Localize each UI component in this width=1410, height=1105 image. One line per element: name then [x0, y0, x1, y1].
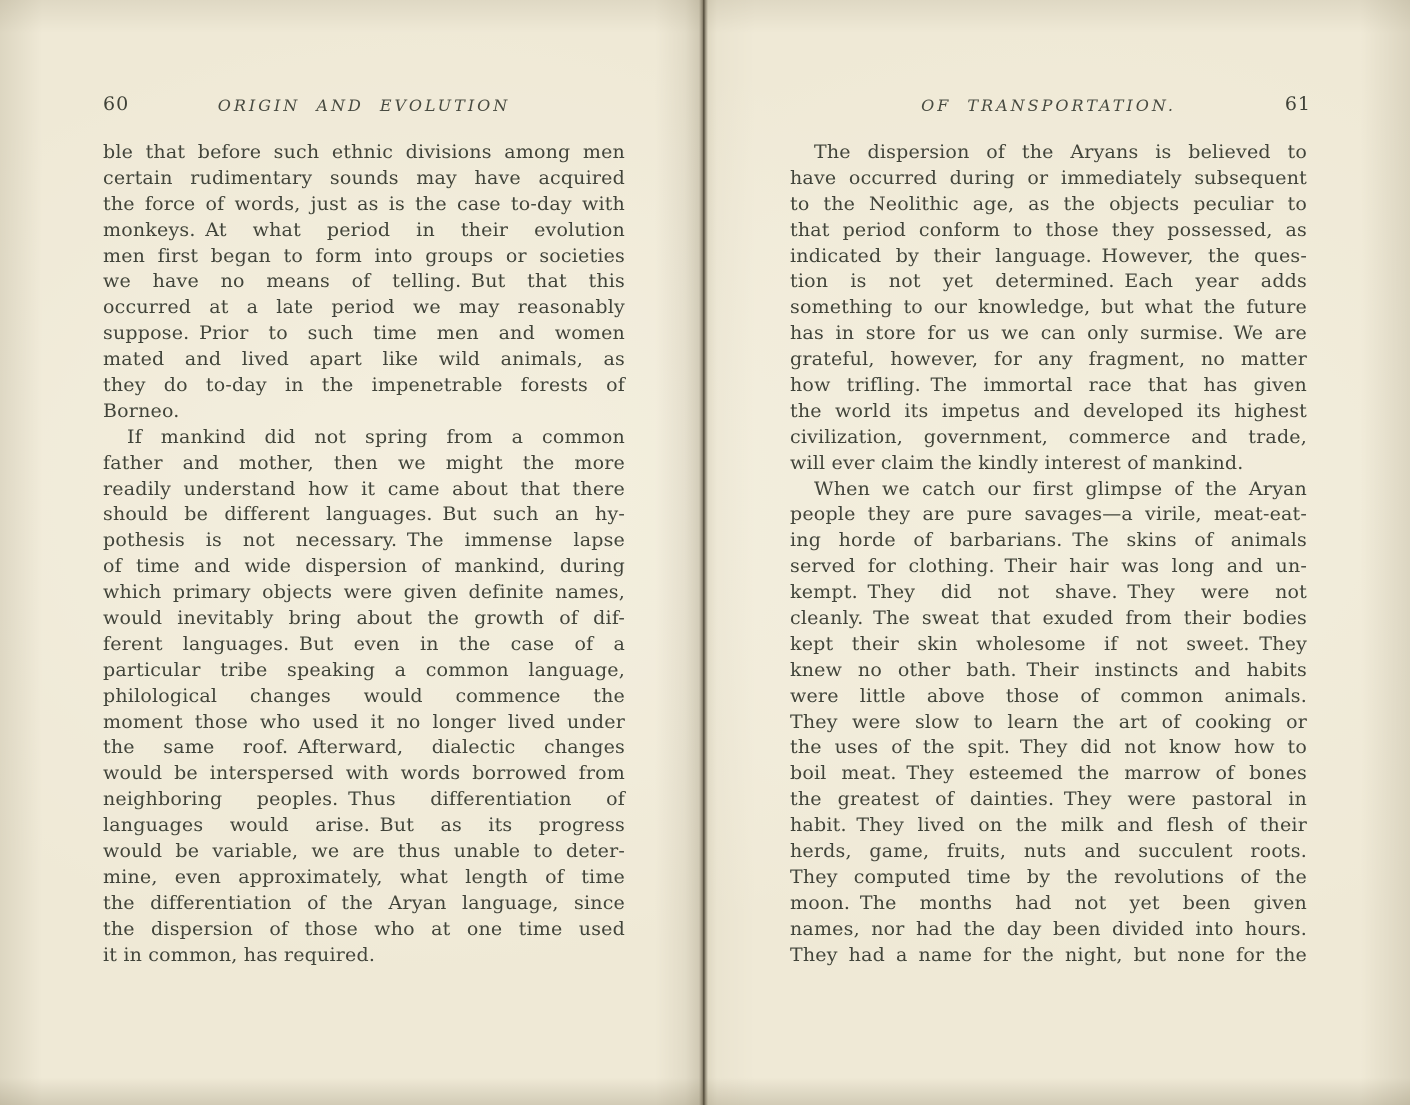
text-line: the differentiation of the Aryan languag… [103, 891, 625, 917]
text-line: particular tribe speaking a common langu… [103, 658, 625, 684]
text-line: herds, game, fruits, nuts and succulent … [790, 839, 1307, 865]
text-line: mated and lived apart like wild animals,… [103, 347, 625, 373]
text-line: They computed time by the revolutions of… [790, 865, 1307, 891]
text-line: They were slow to learn the art of cooki… [790, 710, 1307, 736]
text-line: ing horde of barbarians. The skins of an… [790, 528, 1307, 554]
text-line: mine, even approximately, what length of… [103, 865, 625, 891]
text-line: pothesis is not necessary. The immense l… [103, 528, 625, 554]
text-line: ferent languages. But even in the case o… [103, 632, 625, 658]
text-line: cleanly. The sweat that exuded from thei… [790, 606, 1307, 632]
left-page-body: ble that before such ethnic divisions am… [103, 140, 625, 969]
text-line: have occurred during or immediately subs… [790, 166, 1307, 192]
text-line: the uses of the spit. They did not know … [790, 735, 1307, 761]
text-line: the force of words, just as is the case … [103, 192, 625, 218]
text-line: philological changes would commence the [103, 684, 625, 710]
text-line: that period conform to those they posses… [790, 218, 1307, 244]
text-line: we have no means of telling. But that th… [103, 269, 625, 295]
text-line: people they are pure savages—a virile, m… [790, 502, 1307, 528]
text-line: languages would arise. But as its progre… [103, 813, 625, 839]
text-line: boil meat. They esteemed the marrow of b… [790, 761, 1307, 787]
right-page-number: 61 [1285, 93, 1311, 115]
text-line: neighboring peoples. Thus differentiatio… [103, 787, 625, 813]
text-line: moment those who used it no longer lived… [103, 710, 625, 736]
text-line: the same roof. Afterward, dialectic chan… [103, 735, 625, 761]
text-line: If mankind did not spring from a common [103, 425, 625, 451]
text-line: names, nor had the day been divided into… [790, 917, 1307, 943]
text-line: the greatest of dainties. They were past… [790, 787, 1307, 813]
text-line: civilization, government, commerce and t… [790, 425, 1307, 451]
text-line: Borneo. [103, 399, 625, 425]
text-line: kept their skin wholesome if not sweet. … [790, 632, 1307, 658]
paragraph: ble that before such ethnic divisions am… [103, 140, 625, 425]
text-line: father and mother, then we might the mor… [103, 451, 625, 477]
text-line: the world its impetus and developed its … [790, 399, 1307, 425]
book-scan: 60 ORIGIN AND EVOLUTION ble that before … [0, 0, 1410, 1105]
text-line: served for clothing. Their hair was long… [790, 554, 1307, 580]
paragraph: When we catch our first glimpse of the A… [790, 477, 1307, 969]
text-line: habit. They lived on the milk and flesh … [790, 813, 1307, 839]
text-line: something to our knowledge, but what the… [790, 295, 1307, 321]
left-running-header: ORIGIN AND EVOLUTION [103, 96, 625, 115]
text-line: the dispersion of those who at one time … [103, 917, 625, 943]
text-line: would inevitably bring about the growth … [103, 606, 625, 632]
text-line: moon. The months had not yet been given [790, 891, 1307, 917]
text-line: will ever claim the kindly interest of m… [790, 451, 1307, 477]
binding-gutter-shadow [655, 0, 755, 1105]
text-line: kempt. They did not shave. They were not [790, 580, 1307, 606]
text-line: men first began to form into groups or s… [103, 244, 625, 270]
text-line: were little above those of common animal… [790, 684, 1307, 710]
text-line: tion is not yet determined. Each year ad… [790, 269, 1307, 295]
text-line: readily understand how it came about tha… [103, 477, 625, 503]
paragraph: If mankind did not spring from a commonf… [103, 425, 625, 969]
text-line: would be interspersed with words borrowe… [103, 761, 625, 787]
text-line: indicated by their language. However, th… [790, 244, 1307, 270]
text-line: certain rudimentary sounds may have acqu… [103, 166, 625, 192]
text-line: how trifling. The immortal race that has… [790, 373, 1307, 399]
text-line: has in store for us we can only surmise.… [790, 321, 1307, 347]
text-line: They had a name for the night, but none … [790, 943, 1307, 969]
paragraph: The dispersion of the Aryans is believed… [790, 140, 1307, 477]
text-line: The dispersion of the Aryans is believed… [790, 140, 1307, 166]
text-line: ble that before such ethnic divisions am… [103, 140, 625, 166]
text-line: they do to-day in the impenetrable fores… [103, 373, 625, 399]
text-line: occurred at a late period we may reasona… [103, 295, 625, 321]
right-page-body: The dispersion of the Aryans is believed… [790, 140, 1307, 969]
text-line: monkeys. At what period in their evoluti… [103, 218, 625, 244]
text-line: to the Neolithic age, as the objects pec… [790, 192, 1307, 218]
text-line: should be different languages. But such … [103, 502, 625, 528]
text-line: it in common, has required. [103, 943, 625, 969]
text-line: of time and wide dispersion of mankind, … [103, 554, 625, 580]
right-running-header: OF TRANSPORTATION. [790, 96, 1307, 115]
text-line: grateful, however, for any fragment, no … [790, 347, 1307, 373]
text-line: knew no other bath. Their instincts and … [790, 658, 1307, 684]
text-line: which primary objects were given definit… [103, 580, 625, 606]
text-line: suppose. Prior to such time men and wome… [103, 321, 625, 347]
text-line: When we catch our first glimpse of the A… [790, 477, 1307, 503]
text-line: would be variable, we are thus unable to… [103, 839, 625, 865]
